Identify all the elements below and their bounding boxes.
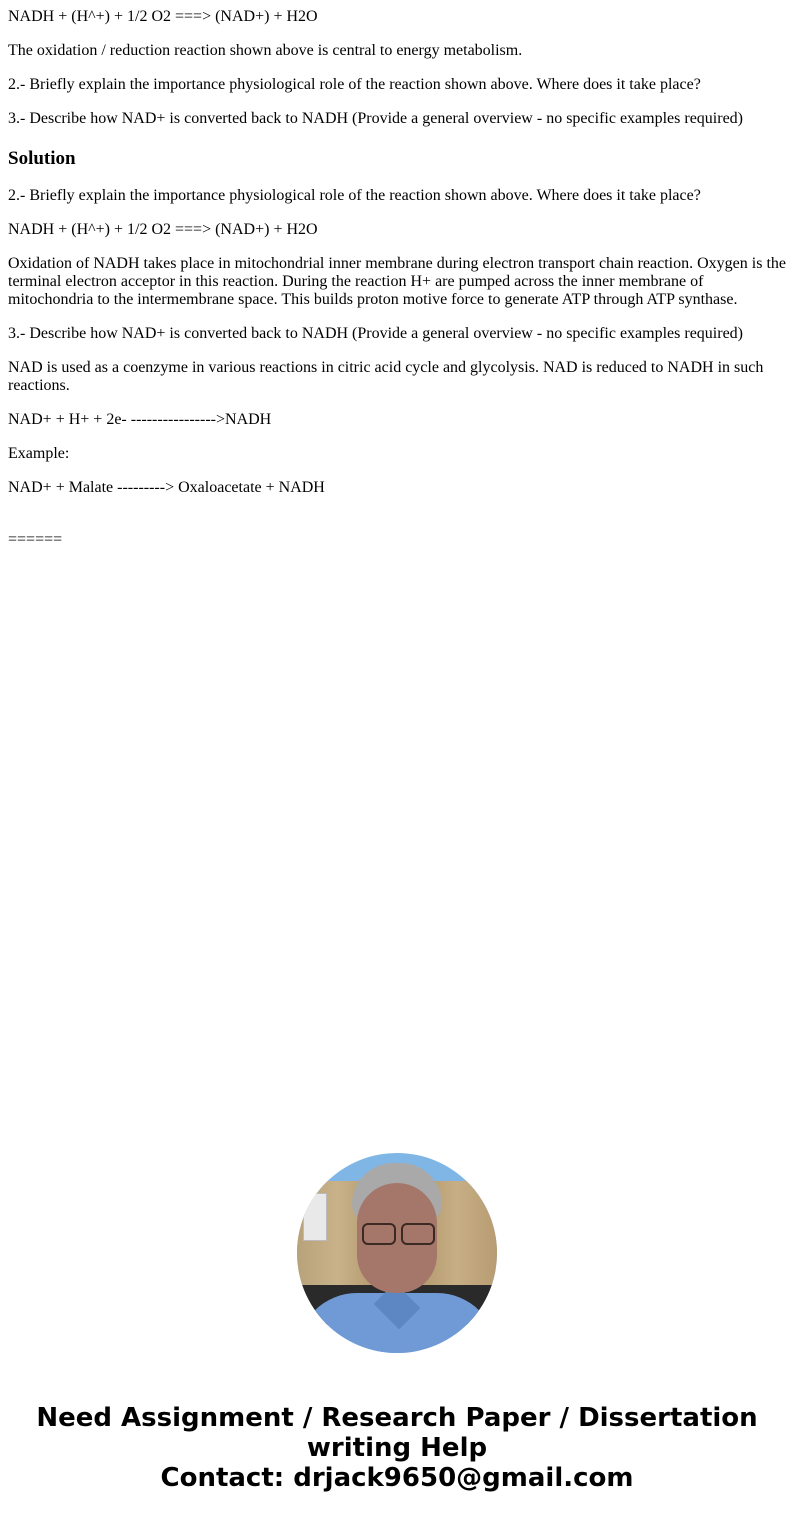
reduction-equation: NAD+ + H+ + 2e- ---------------->NADH [8,411,271,429]
avatar-glasses-right [401,1223,435,1245]
separator: ====== [8,531,62,549]
question-equation: NADH + (H^+) + 1/2 O2 ===> (NAD+) + H2O [8,8,318,26]
example-label: Example: [8,445,69,463]
question-2: 2.- Briefly explain the importance physi… [8,76,701,94]
solution-heading: Solution [8,148,76,170]
question-intro: The oxidation / reduction reaction shown… [8,42,522,60]
promo-line-1: Need Assignment / Research Paper / Disse… [0,1403,794,1433]
promo-contact: Contact: drjack9650@gmail.com [0,1463,794,1493]
author-avatar [297,1153,497,1353]
avatar-wall-switch [303,1193,327,1241]
promo-line-2: writing Help [0,1433,794,1463]
avatar-glasses-left [362,1223,396,1245]
promo-banner: Need Assignment / Research Paper / Disse… [0,1403,794,1493]
solution-answer-3: NAD is used as a coenzyme in various rea… [8,359,790,395]
solution-question-3: 3.- Describe how NAD+ is converted back … [8,325,743,343]
question-3: 3.- Describe how NAD+ is converted back … [8,110,743,128]
solution-answer-2: Oxidation of NADH takes place in mitocho… [8,255,790,309]
solution-equation: NADH + (H^+) + 1/2 O2 ===> (NAD+) + H2O [8,221,318,239]
example-equation: NAD+ + Malate ---------> Oxaloacetate + … [8,479,325,497]
solution-question-2: 2.- Briefly explain the importance physi… [8,187,701,205]
